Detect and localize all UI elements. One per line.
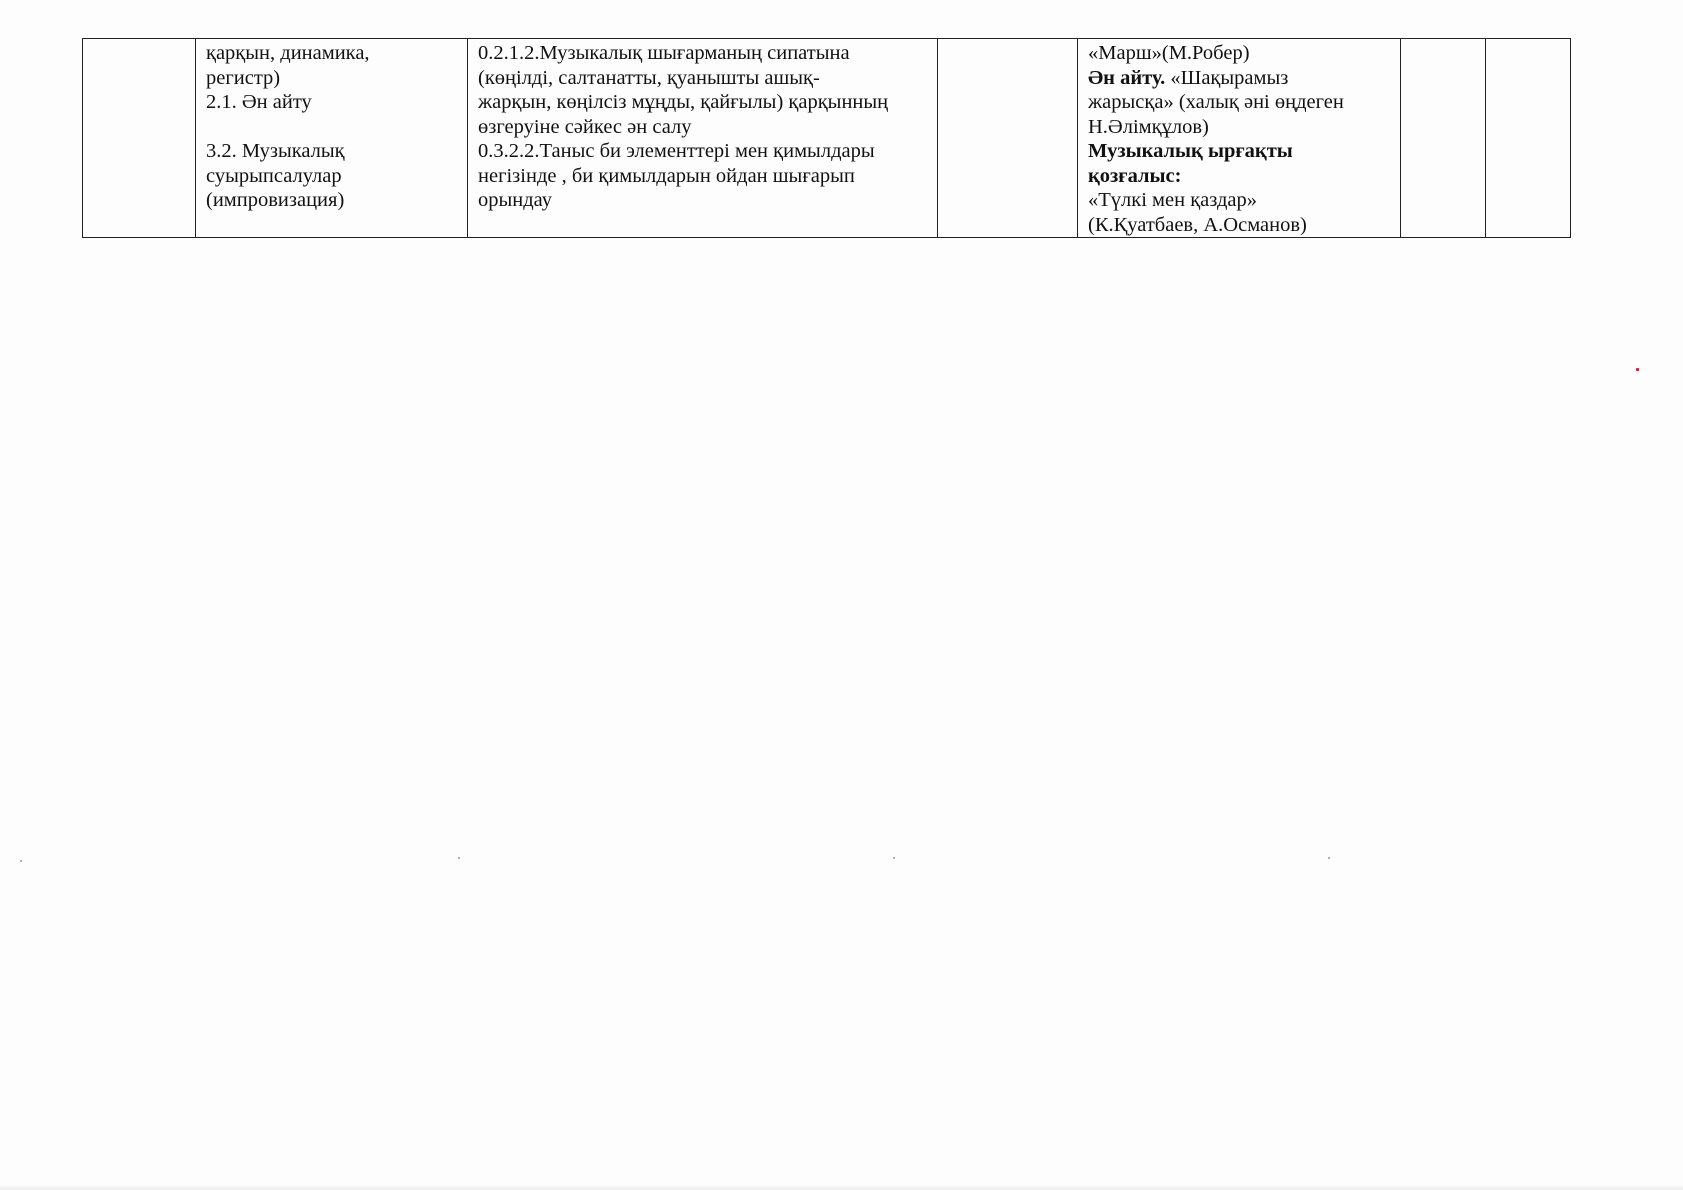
objective-line: өзгеруіне сәйкес ән салу xyxy=(478,115,927,140)
objective-line: орындау xyxy=(478,188,927,213)
song-title: «Шақырамыз xyxy=(1165,67,1288,89)
repertoire-line: «Марш»(М.Робер) xyxy=(1088,41,1390,66)
scan-speck xyxy=(893,857,895,859)
movement-label: қозғалыс: xyxy=(1088,164,1390,189)
section-line: 2.1. Ән айту xyxy=(206,90,457,115)
repertoire-line: жарысқа» (халық әні өңдеген xyxy=(1088,90,1390,115)
cell-empty-7 xyxy=(1486,39,1571,238)
cell-empty-4 xyxy=(938,39,1078,238)
scan-speck xyxy=(458,857,460,859)
repertoire-line: Н.Әлімқұлов) xyxy=(1088,115,1390,140)
objective-line: 0.3.2.2.Таныс би элементтері мен қимылда… xyxy=(478,139,927,164)
scan-speck xyxy=(20,860,22,862)
section-line: (импровизация) xyxy=(206,188,457,213)
section-line: 3.2. Музыкалық xyxy=(206,139,457,164)
repertoire-line: «Түлкі мен қаздар» xyxy=(1088,188,1390,213)
objective-line: жарқын, көңілсіз мұңды, қайғылы) қарқынн… xyxy=(478,90,927,115)
cell-repertoire: «Марш»(М.Робер) Ән айту. «Шақырамыз жары… xyxy=(1078,39,1401,238)
curriculum-table: қарқын, динамика, регистр) 2.1. Ән айту … xyxy=(82,38,1571,238)
page-edge xyxy=(0,1184,1683,1190)
repertoire-line: Ән айту. «Шақырамыз xyxy=(1088,66,1390,91)
scan-speck xyxy=(1636,368,1639,371)
movement-label: Музыкалық ырғақты xyxy=(1088,139,1390,164)
section-line: қарқын, динамика, xyxy=(206,41,457,66)
section-line: суырыпсалулар xyxy=(206,164,457,189)
cell-objectives: 0.2.1.2.Музыкалық шығарманың сипатына (к… xyxy=(468,39,938,238)
objective-line: негізінде , би қимылдарын ойдан шығарып xyxy=(478,164,927,189)
repertoire-line: (К.Қуатбаев, А.Османов) xyxy=(1088,213,1390,238)
objective-line: (көңілді, салтанатты, қуанышты ашық- xyxy=(478,66,927,91)
cell-empty-1 xyxy=(83,39,196,238)
blank-line xyxy=(206,115,457,140)
table-row: қарқын, динамика, регистр) 2.1. Ән айту … xyxy=(83,39,1571,238)
cell-empty-6 xyxy=(1401,39,1486,238)
cell-sections: қарқын, динамика, регистр) 2.1. Ән айту … xyxy=(196,39,468,238)
section-line: регистр) xyxy=(206,66,457,91)
scan-speck xyxy=(1328,857,1330,859)
singing-label: Ән айту. xyxy=(1088,67,1165,89)
objective-line: 0.2.1.2.Музыкалық шығарманың сипатына xyxy=(478,41,927,66)
